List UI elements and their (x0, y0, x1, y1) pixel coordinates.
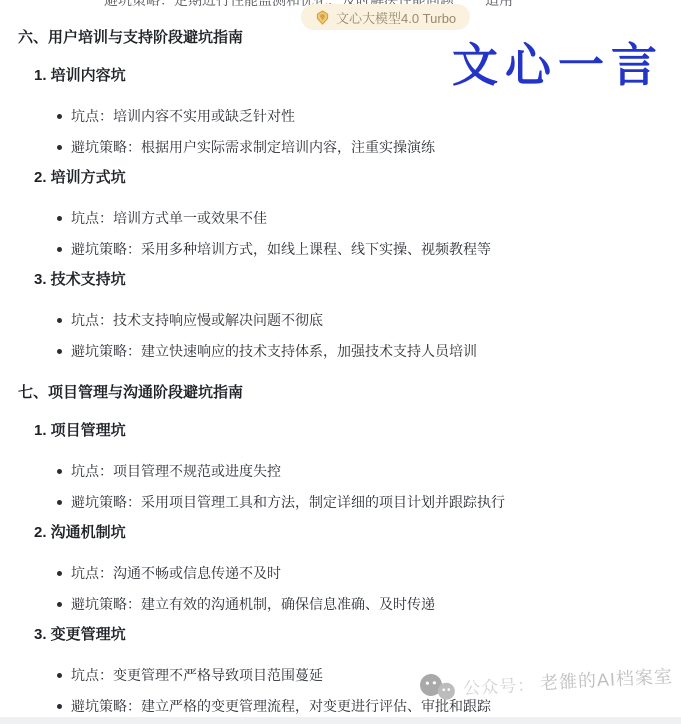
item-title: 2. 沟通机制坑 (0, 523, 681, 543)
bullet-text: 坑点：项目管理不规范或进度失控 (71, 463, 281, 479)
bullet-text: 避坑策略：采用多种培训方式，如线上课程、线下实操、视频教程等 (71, 241, 491, 257)
bullet-icon (57, 602, 62, 607)
section-heading: 七、项目管理与沟通阶段避坑指南 (0, 383, 681, 403)
bullet-icon (57, 673, 62, 678)
bullet-text: 坑点：变更管理不严格导致项目范围蔓延 (71, 667, 323, 683)
bullet-item: 避坑策略：采用项目管理工具和方法，制定详细的项目计划并跟踪执行 (0, 492, 681, 512)
bullet-icon (57, 571, 62, 576)
bullet-item: 坑点：项目管理不规范或进度失控 (0, 461, 681, 481)
bullet-item: 避坑策略：建立有效的沟通机制，确保信息准确、及时传递 (0, 594, 681, 614)
bullet-text: 避坑策略：根据用户实际需求制定培训内容，注重实操演练 (71, 139, 435, 155)
bullet-item: 避坑策略：采用多种培训方式，如线上课程、线下实操、视频教程等 (0, 239, 681, 259)
bullet-text: 坑点：培训内容不实用或缺乏针对性 (71, 108, 295, 124)
chat-answer-page: 避坑策略：定期进行性能监测和优化，及时解决性能问题 适用 文心大模型4.0 Tu… (0, 0, 681, 724)
bullet-item: 坑点：技术支持响应慢或解决问题不彻底 (0, 310, 681, 330)
bullet-item: 避坑策略：建立快速响应的技术支持体系，加强技术支持人员培训 (0, 341, 681, 361)
bullet-icon (57, 216, 62, 221)
bullet-icon (57, 318, 62, 323)
bullet-text: 避坑策略：采用项目管理工具和方法，制定详细的项目计划并跟踪执行 (71, 494, 505, 510)
bullet-text: 避坑策略：建立快速响应的技术支持体系，加强技术支持人员培训 (71, 343, 477, 359)
item-title: 1. 培训内容坑 (0, 66, 681, 86)
bullet-text: 坑点：沟通不畅或信息传递不及时 (71, 565, 281, 581)
bullet-icon (57, 247, 62, 252)
bottom-edge-strip (0, 717, 681, 724)
item-title: 1. 项目管理坑 (0, 421, 681, 441)
bullet-icon (57, 500, 62, 505)
item-title: 3. 变更管理坑 (0, 625, 681, 645)
bullet-text: 坑点：培训方式单一或效果不佳 (71, 210, 267, 226)
answer-content: 六、用户培训与支持阶段避坑指南 1. 培训内容坑 坑点：培训内容不实用或缺乏针对… (0, 0, 681, 716)
bullet-icon (57, 349, 62, 354)
bullet-item: 避坑策略：建立严格的变更管理流程，对变更进行评估、审批和跟踪 (0, 696, 681, 716)
bullet-text: 避坑策略：建立有效的沟通机制，确保信息准确、及时传递 (71, 596, 435, 612)
bullet-item: 坑点：培训内容不实用或缺乏针对性 (0, 106, 681, 126)
bullet-text: 避坑策略：建立严格的变更管理流程，对变更进行评估、审批和跟踪 (71, 698, 491, 714)
bullet-item: 坑点：沟通不畅或信息传递不及时 (0, 563, 681, 583)
bullet-icon (57, 469, 62, 474)
item-title: 3. 技术支持坑 (0, 270, 681, 290)
bullet-icon (57, 704, 62, 709)
bullet-item: 坑点：变更管理不严格导致项目范围蔓延 (0, 665, 681, 685)
section-heading: 六、用户培训与支持阶段避坑指南 (0, 28, 681, 48)
bullet-icon (57, 114, 62, 119)
bullet-item: 避坑策略：根据用户实际需求制定培训内容，注重实操演练 (0, 137, 681, 157)
bullet-text: 坑点：技术支持响应慢或解决问题不彻底 (71, 312, 323, 328)
item-title: 2. 培训方式坑 (0, 168, 681, 188)
bullet-item: 坑点：培训方式单一或效果不佳 (0, 208, 681, 228)
bullet-icon (57, 145, 62, 150)
